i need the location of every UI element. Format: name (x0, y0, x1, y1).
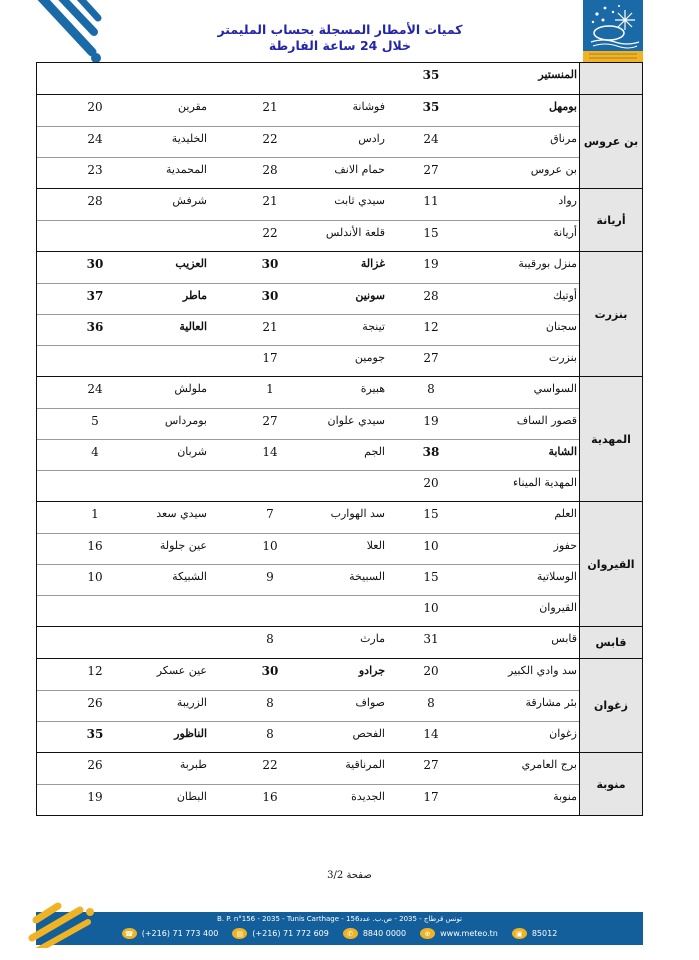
rainfall-mm: 31 (405, 632, 457, 646)
station-name: سد الهوارب (313, 507, 405, 520)
rainfall-mm: 36 (37, 320, 123, 334)
rainfall-mm: 5 (37, 414, 123, 428)
station-row: المنستير35 (37, 63, 579, 94)
station-name: أوتيك (457, 289, 579, 302)
rainfall-mm: 20 (37, 100, 123, 114)
governorate-group: المنستير35 (37, 63, 642, 94)
station-name: فوشانة (313, 100, 405, 113)
rainfall-mm: 27 (405, 758, 457, 772)
governorate-label: قابس (579, 627, 642, 658)
station-row: منزل بورقيبة19غزالة30العزيب30 (37, 252, 579, 283)
station-name: بن عروس (457, 163, 579, 176)
station-name: الشابة (457, 445, 579, 458)
station-row: رواد11سيدي ثابت21شرفش28 (37, 189, 579, 220)
footer-contacts: ☎(+216) 71 773 400▤(+216) 71 772 609✆884… (36, 928, 643, 939)
rainfall-mm: 11 (405, 194, 457, 208)
rainfall-mm: 22 (227, 132, 313, 146)
station-name: السواسي (457, 382, 579, 395)
station-row: بئر مشارقة8صواف8الزريبة26 (37, 690, 579, 721)
governorate-group: بن عروسبومهل35فوشانة21مقرين20مرناق24رادس… (37, 94, 642, 188)
station-name: رادس (313, 132, 405, 145)
station-name: مرناق (457, 132, 579, 145)
station-name: برج العامري (457, 758, 579, 771)
station-name: القيروان (457, 601, 579, 614)
station-row: حفوز10العلا10عين جلولة16 (37, 533, 579, 564)
governorate-group: أريانةرواد11سيدي ثابت21شرفش28أريانة15قلع… (37, 188, 642, 251)
page-title: كميات الأمطار المسجلة بحساب المليمتر خلا… (150, 22, 530, 54)
station-name: قلعة الأندلس (313, 226, 405, 239)
decorative-stripes-logo (30, 0, 110, 64)
rainfall-mm: 16 (227, 790, 313, 804)
station-name: البطان (123, 790, 227, 803)
rainfall-mm: 24 (405, 132, 457, 146)
station-name: سيدي علوان (313, 414, 405, 427)
rainfall-mm: 1 (37, 507, 123, 521)
station-name: جرادو (313, 664, 405, 677)
station-name: المرناقية (313, 758, 405, 771)
institute-logo (583, 0, 643, 62)
station-name: صواف (313, 696, 405, 709)
station-row: بومهل35فوشانة21مقرين20 (37, 95, 579, 126)
station-name: طبربة (123, 758, 227, 771)
station-row: العلم15سد الهوارب7سيدي سعد1 (37, 502, 579, 533)
governorate-group: بنزرتمنزل بورقيبة19غزالة30العزيب30أوتيك2… (37, 251, 642, 376)
governorate-label: زغوان (579, 659, 642, 752)
station-row: المهدية الميناء20 (37, 470, 579, 501)
rainfall-mm: 30 (227, 664, 313, 678)
station-name: الناظور (123, 727, 227, 740)
station-name: عين جلولة (123, 539, 227, 552)
station-name: الوسلاتية (457, 570, 579, 583)
station-name: حمام الانف (313, 163, 405, 176)
rainfall-mm: 22 (227, 226, 313, 240)
station-row: بنزرت27جومين17 (37, 345, 579, 376)
rainfall-mm: 28 (37, 194, 123, 208)
rainfall-mm: 19 (405, 257, 457, 271)
rainfall-mm: 19 (37, 790, 123, 804)
governorate-group: المهديةالسواسي8هبيرة1ملولش24قصور الساف19… (37, 376, 642, 501)
rainfall-mm: 30 (37, 257, 123, 271)
rainfall-mm: 14 (227, 445, 313, 459)
station-row: بن عروس27حمام الانف28المحمدية23 (37, 157, 579, 188)
fax-icon: ▤ (232, 928, 247, 939)
station-name: بومرداس (123, 414, 227, 427)
rainfall-mm: 12 (37, 664, 123, 678)
station-name: سجنان (457, 320, 579, 333)
station-name: سونين (313, 289, 405, 302)
station-row: الوسلاتية15السبيخة9الشبيكة10 (37, 564, 579, 595)
station-row: أريانة15قلعة الأندلس22 (37, 220, 579, 251)
footer-contact-bar: B. P. n°156 - 2035 - Tunis Carthage - تو… (36, 912, 643, 945)
station-name: شرفش (123, 194, 227, 207)
rainfall-mm: 27 (227, 414, 313, 428)
contact-item: ▣85012 (512, 928, 557, 939)
rainfall-mm: 10 (37, 570, 123, 584)
rainfall-mm: 23 (37, 163, 123, 177)
contact-item: ⊕www.meteo.tn (420, 928, 498, 939)
title-line-2: خلال 24 ساعة الفارطة (150, 38, 530, 54)
station-name: حفوز (457, 539, 579, 552)
station-row: قابس31مارث8 (37, 627, 579, 658)
station-name: جومين (313, 351, 405, 364)
station-name: سيدي سعد (123, 507, 227, 520)
station-name: زغوان (457, 727, 579, 740)
station-name: مقرين (123, 100, 227, 113)
station-name: ملولش (123, 382, 227, 395)
rainfall-mm: 35 (37, 727, 123, 741)
station-name: شربان (123, 445, 227, 458)
rainfall-mm: 16 (37, 539, 123, 553)
station-name: غزالة (313, 257, 405, 270)
rainfall-mm: 4 (37, 445, 123, 459)
rainfall-mm: 15 (405, 570, 457, 584)
station-name: تينجة (313, 320, 405, 333)
station-name: بنزرت (457, 351, 579, 364)
station-row: زغوان14الفحص8الناظور35 (37, 721, 579, 752)
governorate-group: قابسقابس31مارث8 (37, 626, 642, 658)
footer-stripes-decoration (28, 898, 98, 948)
rainfall-mm: 15 (405, 226, 457, 240)
web-icon: ⊕ (420, 928, 435, 939)
rainfall-mm: 27 (405, 351, 457, 365)
station-name: هبيرة (313, 382, 405, 395)
rainfall-mm: 8 (227, 632, 313, 646)
station-name: قصور الساف (457, 414, 579, 427)
rainfall-mm: 30 (227, 289, 313, 303)
governorate-label: المهدية (579, 377, 642, 501)
station-name: الزريبة (123, 696, 227, 709)
station-name: قابس (457, 632, 579, 645)
station-name: ماطر (123, 289, 227, 302)
rainfall-mm: 10 (405, 539, 457, 553)
contact-item: ▤(+216) 71 772 609 (232, 928, 329, 939)
station-name: المهدية الميناء (457, 476, 579, 489)
governorate-label: أريانة (579, 189, 642, 251)
page-number: صفحة 3/2 (0, 870, 699, 881)
contact-text: (+216) 71 773 400 (142, 929, 219, 938)
rainfall-mm: 8 (227, 727, 313, 741)
rainfall-mm: 14 (405, 727, 457, 741)
rainfall-mm: 21 (227, 194, 313, 208)
rainfall-mm: 8 (227, 696, 313, 710)
footer-address: B. P. n°156 - 2035 - Tunis Carthage - تو… (36, 915, 643, 923)
rainfall-mm: 21 (227, 320, 313, 334)
phone-icon: ☎ (122, 928, 137, 939)
rainfall-mm: 21 (227, 100, 313, 114)
governorate-group: القيروانالعلم15سد الهوارب7سيدي سعد1حفوز1… (37, 501, 642, 626)
rainfall-mm: 7 (227, 507, 313, 521)
governorate-group: زغوانسد وادي الكبير20جرادو30عين عسكر12بئ… (37, 658, 642, 752)
contact-item: ☎(+216) 71 773 400 (122, 928, 219, 939)
station-name: منوبة (457, 790, 579, 803)
hotline-icon: ✆ (343, 928, 358, 939)
contact-text: www.meteo.tn (440, 929, 498, 938)
governorate-group: منوبةبرج العامري27المرناقية22طبربة26منوب… (37, 752, 642, 815)
rainfall-mm: 19 (405, 414, 457, 428)
rainfall-mm: 35 (405, 100, 457, 114)
rainfall-mm: 12 (405, 320, 457, 334)
station-name: رواد (457, 194, 579, 207)
station-row: القيروان10 (37, 595, 579, 626)
rainfall-mm: 30 (227, 257, 313, 271)
rainfall-mm: 37 (37, 289, 123, 303)
station-name: منزل بورقيبة (457, 257, 579, 270)
station-name: الجم (313, 445, 405, 458)
station-name: عين عسكر (123, 664, 227, 677)
station-name: سد وادي الكبير (457, 664, 579, 677)
contact-text: (+216) 71 772 609 (252, 929, 329, 938)
station-name: الشبيكة (123, 570, 227, 583)
station-name: بومهل (457, 100, 579, 113)
station-row: منوبة17الجديدة16البطان19 (37, 784, 579, 815)
rainfall-mm: 1 (227, 382, 313, 396)
rainfall-mm: 20 (405, 476, 457, 490)
rainfall-mm: 9 (227, 570, 313, 584)
station-name: الخليدية (123, 132, 227, 145)
rainfall-mm: 28 (227, 163, 313, 177)
station-row: سد وادي الكبير20جرادو30عين عسكر12 (37, 659, 579, 690)
station-row: برج العامري27المرناقية22طبربة26 (37, 753, 579, 784)
governorate-label: بن عروس (579, 95, 642, 188)
station-name: أريانة (457, 226, 579, 239)
rainfall-mm: 15 (405, 507, 457, 521)
station-name: السبيخة (313, 570, 405, 583)
governorate-label: بنزرت (579, 252, 642, 376)
governorate-label (579, 63, 642, 94)
rainfall-mm: 8 (405, 696, 457, 710)
rainfall-mm: 38 (405, 445, 457, 459)
rainfall-mm: 22 (227, 758, 313, 772)
station-row: الشابة38الجم14شربان4 (37, 439, 579, 470)
rainfall-mm: 24 (37, 132, 123, 146)
rainfall-table: المنستير35بن عروسبومهل35فوشانة21مقرين20م… (36, 62, 643, 816)
station-name: سيدي ثابت (313, 194, 405, 207)
title-line-1: كميات الأمطار المسجلة بحساب المليمتر (150, 22, 530, 38)
rainfall-mm: 17 (227, 351, 313, 365)
rainfall-mm: 28 (405, 289, 457, 303)
station-row: أوتيك28سونين30ماطر37 (37, 283, 579, 314)
station-name: العلم (457, 507, 579, 520)
station-name: المنستير (457, 68, 579, 81)
rainfall-mm: 26 (37, 758, 123, 772)
station-row: مرناق24رادس22الخليدية24 (37, 126, 579, 157)
rainfall-mm: 17 (405, 790, 457, 804)
station-row: قصور الساف19سيدي علوان27بومرداس5 (37, 408, 579, 439)
station-row: السواسي8هبيرة1ملولش24 (37, 377, 579, 408)
rainfall-mm: 27 (405, 163, 457, 177)
rainfall-mm: 26 (37, 696, 123, 710)
station-name: الفحص (313, 727, 405, 740)
rainfall-mm: 20 (405, 664, 457, 678)
station-name: العزيب (123, 257, 227, 270)
rainfall-mm: 10 (227, 539, 313, 553)
sun-snowflake-icon (583, 0, 643, 51)
rainfall-mm: 10 (405, 601, 457, 615)
station-name: العلا (313, 539, 405, 552)
rainfall-mm: 8 (405, 382, 457, 396)
station-name: الجديدة (313, 790, 405, 803)
governorate-label: منوبة (579, 753, 642, 815)
governorate-label: القيروان (579, 502, 642, 626)
contact-text: 85012 (532, 929, 557, 938)
contact-text: 8840 0000 (363, 929, 406, 938)
rainfall-mm: 24 (37, 382, 123, 396)
station-name: العالية (123, 320, 227, 333)
contact-item: ✆8840 0000 (343, 928, 406, 939)
station-name: المحمدية (123, 163, 227, 176)
station-row: سجنان12تينجة21العالية36 (37, 314, 579, 345)
rainfall-mm: 35 (405, 68, 457, 82)
station-name: بئر مشارقة (457, 696, 579, 709)
station-name: مارث (313, 632, 405, 645)
sms-icon: ▣ (512, 928, 527, 939)
